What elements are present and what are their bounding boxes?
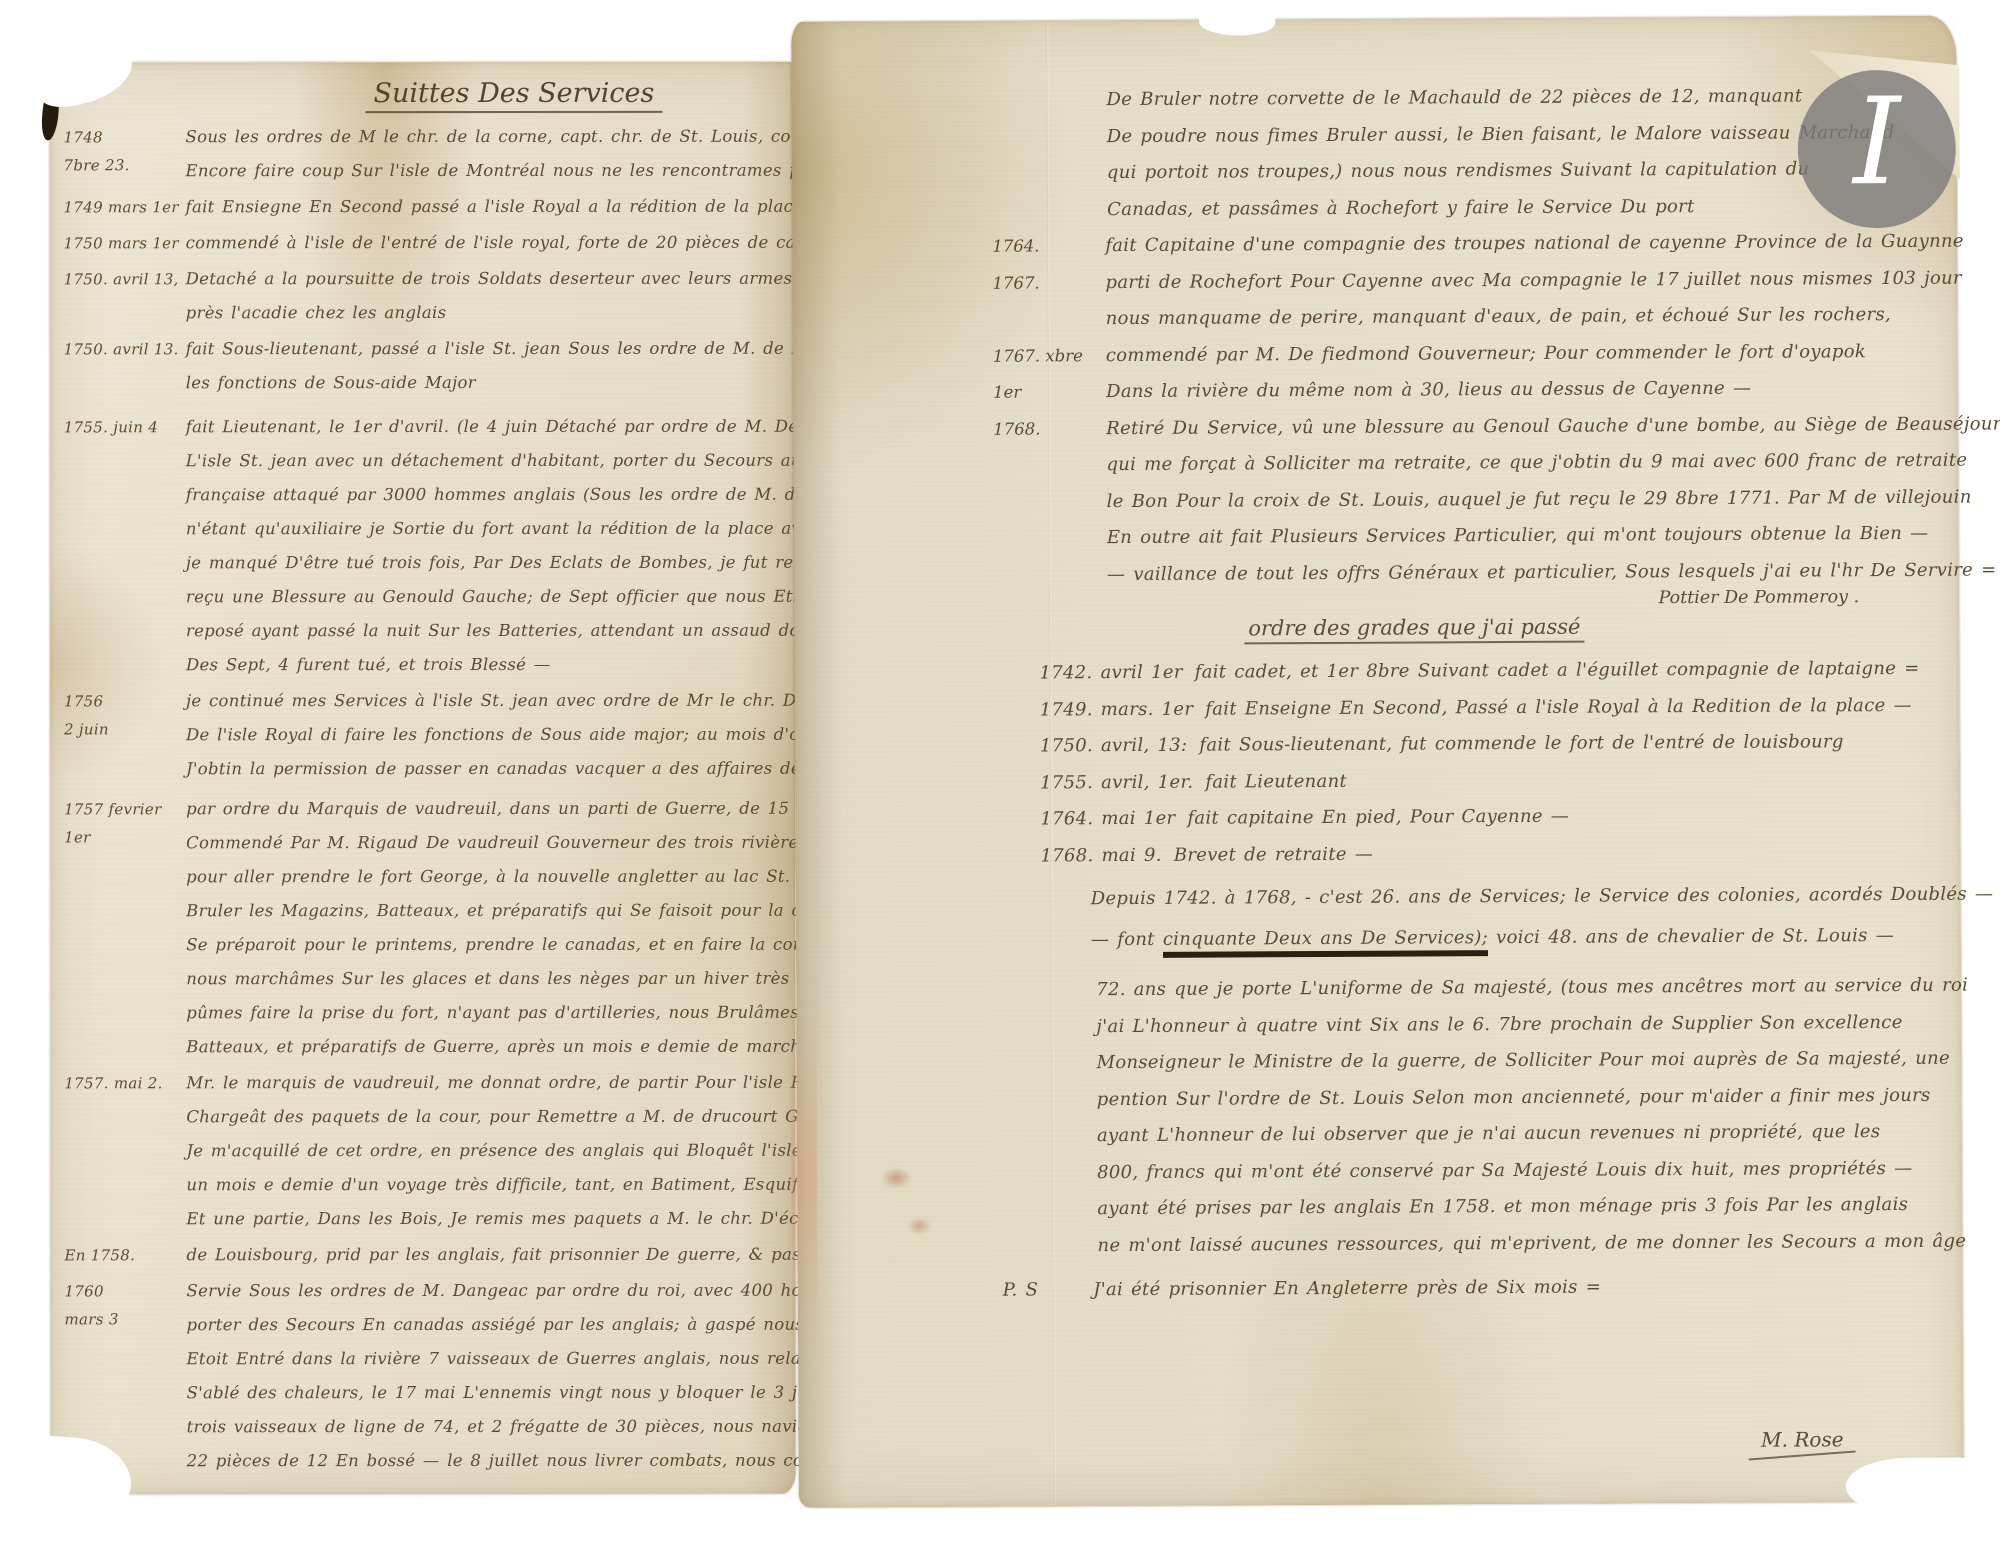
service-entry: 1757. mai 2. Mr. le marquis de vaudreuil… (64, 1066, 795, 1237)
service-summary: Depuis 1742. à 1768, - c'est 26. ans de … (1091, 874, 1953, 961)
manuscript-line: En outre ait fait Plusieurs Services Par… (1107, 515, 2000, 556)
manuscript-line: Monseigneur le Ministre de la guerre, de… (1096, 1041, 1953, 1082)
service-entry: 1748 7bre 23. Sous les ordres de M le ch… (63, 120, 794, 189)
entry-date: 1750. avril 13, (64, 262, 186, 330)
entry-date: 1767. xbre 1er (993, 338, 1106, 412)
service-entry: En 1758. de Louisbourg, prid par les ang… (64, 1238, 795, 1273)
summary-line: Depuis 1742. à 1768, - c'est 26. ans de … (1091, 874, 1953, 920)
paper-stain (881, 1167, 911, 1189)
closing-paragraph: 72. ans que je porte L'uniforme de Sa ma… (1096, 968, 1955, 1264)
postscript-label: P. S (1003, 1272, 1039, 1309)
service-entry: 1760 mars 3 Servie Sous les ordres de M.… (64, 1274, 795, 1479)
entry-body: Retiré Du Service, vû une blessure au Ge… (1106, 406, 2000, 593)
right-page: I De Bruler notre corvette de le Machaul… (791, 16, 1964, 1508)
grade-entry: 1755. avril, 1er.fait Lieutenant (1040, 760, 1952, 801)
entry-date: 1768. (993, 411, 1107, 594)
summary-line: — font cinquante Deux ans De Services); … (1091, 915, 1953, 961)
grade-date: 1768. mai 9. (1040, 844, 1161, 866)
manuscript-line: Retiré Du Service, vû une blessure au Ge… (1106, 406, 2000, 447)
grade-entry: 1750. avril, 13:fait Sous-lieutenant, fu… (1040, 724, 1952, 765)
grade-date: 1749. mars. 1er (1040, 698, 1194, 720)
torn-edge-chip (1846, 1458, 1976, 1517)
paper-stain (907, 1217, 931, 1235)
entry-date: 1750 mars 1er (64, 226, 186, 260)
manuscript-spread: Suittes Des Services 1748 7bre 23. Sous … (47, 11, 1962, 1518)
service-entry: 1767. parti de Rochefort Pour Cayenne av… (992, 260, 1949, 338)
manuscript-line: fait Capitaine d'une compagnie des troup… (1105, 224, 1964, 265)
grade-text: fait Lieutenant (1205, 770, 1347, 792)
summary-prefix: — font (1091, 929, 1163, 950)
manuscript-line: fait Ensiegne En Second passé a l'isle R… (186, 190, 804, 225)
watermark-letter-icon: I (1853, 83, 1901, 203)
manuscript-line: Dans la rivière du même nom à 30, lieus … (1106, 370, 1866, 410)
service-entry: 1756 2 juin je continué mes Services à l… (64, 684, 795, 787)
manuscript-line: 72. ans que je porte L'uniforme de Sa ma… (1096, 968, 1953, 1009)
postscript-text: J'ai été prisonnier En Angleterre près d… (1093, 1270, 1601, 1309)
grade-entry: 1749. mars. 1erfait Enseigne En Second, … (1040, 687, 1952, 728)
grade-date: 1742. avril 1er (1039, 662, 1182, 684)
fold-stain (790, 1012, 818, 1342)
service-entry: 1749 mars 1er fait Ensiegne En Second pa… (64, 190, 795, 225)
grade-entry: 1742. avril 1erfait cadet, et 1er 8bre S… (1039, 651, 1951, 692)
manuscript-line: qui me forçat à Solliciter ma retraite, … (1106, 442, 2000, 483)
grade-entry: 1768. mai 9.Brevet de retraite — (1040, 833, 1952, 874)
grade-text: fait Enseigne En Second, Passé a l'isle … (1205, 694, 1912, 719)
service-entry: 1764. fait Capitaine d'une compagnie des… (992, 224, 1949, 266)
left-page: Suittes Des Services 1748 7bre 23. Sous … (49, 62, 795, 1495)
entry-date: 1755. juin 4 (64, 410, 186, 682)
entry-date: 1757 fevrier 1er (64, 792, 186, 1064)
page-signature-name: M. Rose (1761, 1427, 1844, 1451)
manuscript-line: le Bon Pour la croix de St. Louis, auque… (1107, 479, 2000, 520)
entry-body: commendé par M. De fiedmond Gouverneur; … (1106, 334, 1867, 411)
auction-house-watermark: I (1797, 70, 1956, 229)
grades-list: 1742. avril 1erfait cadet, et 1er 8bre S… (994, 651, 1952, 875)
entry-date: 1748 7bre 23. (63, 120, 185, 188)
torn-edge-chip (1199, 9, 1275, 35)
manuscript-line: nous manquame de perire, manquant d'eaux… (1106, 297, 1963, 338)
entry-date: 1749 mars 1er (64, 190, 186, 224)
manuscript-line: commendé à l'isle de l'entré de l'isle r… (186, 226, 828, 261)
entry-body: fait Ensiegne En Second passé a l'isle R… (186, 190, 804, 225)
service-entry: 1768. Retiré Du Service, vû une blessure… (993, 406, 1951, 594)
manuscript-line: 800, francs qui m'ont été conservé par S… (1097, 1150, 1954, 1191)
entry-date: 1757. mai 2. (64, 1066, 186, 1236)
grade-text: fait capitaine En pied, Pour Cayenne — (1187, 806, 1569, 829)
summary-underlined-total: cinquante Deux ans De Services); (1163, 927, 1488, 958)
manuscript-line: parti de Rochefort Pour Cayenne avec Ma … (1105, 260, 1962, 301)
service-entries-list: 1748 7bre 23. Sous les ordres de M le ch… (63, 120, 795, 1481)
service-entries-list-right: 1764. fait Capitaine d'une compagnie des… (992, 224, 1951, 594)
entry-date: 1767. (992, 265, 1105, 339)
grade-date: 1764. mai 1er (1040, 808, 1175, 830)
manuscript-line: j'ai L'honneur à quatre vint Six ans le … (1096, 1004, 1953, 1045)
page-title: Suittes Des Services (365, 78, 662, 113)
grade-text: Brevet de retraite — (1174, 843, 1373, 865)
manuscript-line: ayant L'honneur de lui observer que je n… (1097, 1114, 1954, 1155)
manuscript-line: pention Sur l'ordre de St. Louis Selon m… (1097, 1077, 1954, 1118)
summary-suffix: voici 48. ans de chevalier de St. Louis … (1488, 925, 1894, 948)
grade-text: fait Sous-lieutenant, fut commende le fo… (1199, 731, 1843, 755)
manuscript-line: ne m'ont laissé aucunes ressources, qui … (1097, 1223, 1954, 1264)
entry-body: parti de Rochefort Pour Cayenne avec Ma … (1105, 260, 1962, 337)
manuscript-line: — vaillance de tout les offrs Généraux e… (1107, 552, 2000, 593)
service-entry: 1767. xbre 1er commendé par M. De fiedmo… (993, 333, 1950, 411)
grades-heading: ordre des grades que j'ai passé (1244, 615, 1584, 645)
service-entry: 1750 mars 1er commendé à l'isle de l'ent… (64, 226, 795, 261)
grade-date: 1755. avril, 1er. (1040, 771, 1193, 793)
entry-date: 1750. avril 13. (64, 332, 186, 400)
grade-entry: 1764. mai 1erfait capitaine En pied, Pou… (1040, 797, 1952, 838)
service-entry: 1755. juin 4 fait Lieutenant, le 1er d'a… (64, 410, 795, 683)
manuscript-line: commendé par M. De fiedmond Gouverneur; … (1106, 334, 1866, 374)
right-page-content: De Bruler notre corvette de le Machauld … (991, 78, 1954, 1309)
entry-date: En 1758. (64, 1238, 186, 1272)
entry-date: 1756 2 juin (64, 684, 186, 786)
grade-date: 1750. avril, 13: (1040, 735, 1188, 757)
page-signature: M. Rose (1761, 1427, 1844, 1456)
grade-text: fait cadet, et 1er 8bre Suivant cadet a … (1195, 658, 1920, 683)
manuscript-line: ayant été prises par les anglais En 1758… (1097, 1187, 1954, 1228)
service-entry: 1757 fevrier 1er par ordre du Marquis de… (64, 792, 795, 1065)
postscript: P. S J'ai été prisonnier En Angleterre p… (1003, 1268, 1955, 1309)
entry-date: 1764. (992, 228, 1105, 265)
torn-edge-chip (35, 47, 137, 110)
signature-flourish (1749, 1450, 1856, 1460)
entry-body: fait Capitaine d'une compagnie des troup… (1105, 224, 1964, 265)
service-entry: 1750. avril 13. fait Sous-lieutenant, pa… (64, 332, 795, 401)
entry-body: commendé à l'isle de l'entré de l'isle r… (186, 226, 828, 261)
service-entry: 1750. avril 13, Detaché a la poursuitte … (64, 262, 795, 331)
